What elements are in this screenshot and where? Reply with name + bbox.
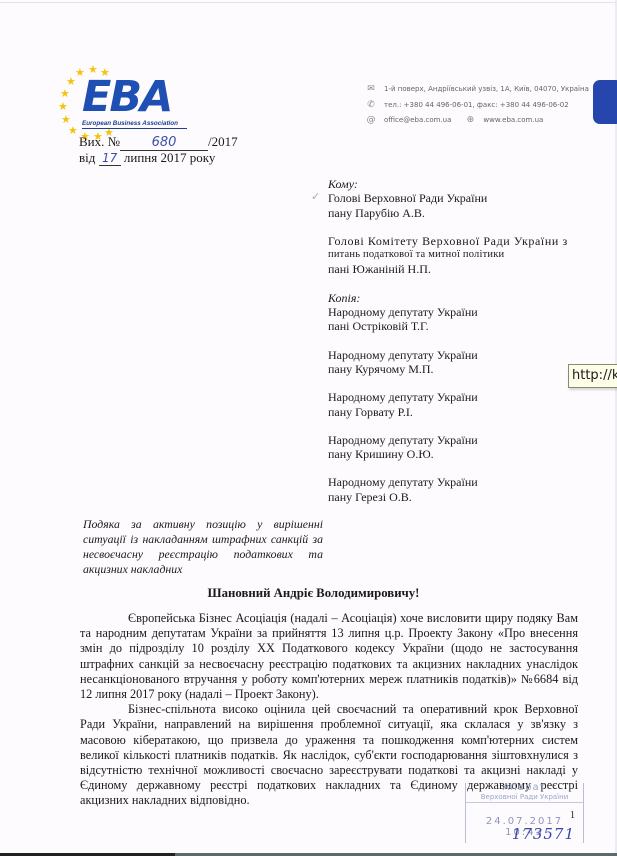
star-icon: ★	[60, 89, 70, 100]
contact-block: ✉ 1-й поверх, Андріївський узвіз, 1А, Ки…	[366, 82, 589, 129]
at-icon: @	[366, 113, 376, 129]
address-text: 1-й поверх, Андріївський узвіз, 1А, Київ…	[384, 82, 589, 98]
date-day: 17	[99, 151, 121, 166]
recipient: Голові Верховної Ради України пану Паруб…	[328, 191, 568, 220]
star-icon: ★	[58, 102, 68, 113]
copy-recipient: Народному депутату України пану Герезі О…	[328, 475, 568, 504]
outgoing-number: 680	[120, 136, 208, 151]
copy-recipient: Народному депутату України пану Горвату …	[328, 390, 568, 419]
recipient-position: Народному депутату України	[328, 433, 568, 447]
recipient-name: пану Парубію А.В.	[328, 206, 568, 220]
page-number: 1	[570, 810, 575, 821]
brand-tab	[593, 80, 617, 124]
recipient-name: пану Курячому М.П.	[328, 362, 568, 376]
recipient-position: Народному депутату України	[328, 390, 568, 404]
body-paragraph: Європейська Бізнес Асоціація (надалі – А…	[80, 611, 578, 702]
stamp-title: Апарат	[466, 783, 583, 793]
logo-tagline: European Business Association	[82, 120, 187, 129]
recipient-position: Народному депутату України	[328, 348, 568, 362]
registration-number: 173571	[512, 825, 575, 843]
checkmark-icon: ✓	[311, 190, 320, 203]
letter-subject: Подяка за активну позицію у вирішенні си…	[83, 517, 323, 577]
phone-icon: ✆	[366, 98, 376, 114]
star-icon: ★	[66, 77, 76, 88]
address-row: ✉ 1-й поверх, Андріївський узвіз, 1А, Ки…	[366, 82, 589, 98]
globe-icon: ⊕	[465, 113, 475, 129]
date-prefix: від	[79, 150, 95, 165]
eba-logo: ★ ★ ★ ★ ★ ★ ★ ★ ★ ★ ★ EBA European Busin…	[52, 62, 192, 144]
copy-recipient: Народному депутату України пану Курячому…	[328, 348, 568, 377]
recipient-position: Народному депутату України	[328, 305, 568, 319]
registration-stamp: Апарат Верховної Ради України 24.07.2017…	[465, 783, 584, 843]
outgoing-reference: Вих. №680/2017 від 17 липня 2017 року	[79, 135, 238, 166]
to-label: Кому:	[328, 177, 568, 191]
recipient-committee: питань податкової та митної політики	[328, 248, 568, 262]
copy-recipient: Народному депутату України пану Кришину …	[328, 433, 568, 462]
date-suffix: липня 2017 року	[124, 150, 215, 165]
web-link[interactable]: www.eba.com.ua	[483, 113, 543, 129]
outgoing-number-line: Вих. №680/2017	[79, 135, 238, 151]
envelope-icon: ✉	[366, 82, 376, 98]
recipient-name: пані Остріковій Т.Г.	[328, 319, 568, 333]
copy-label: Копія:	[328, 291, 568, 305]
letter-body: Європейська Бізнес Асоціація (надалі – А…	[80, 611, 578, 809]
outgoing-suffix: /2017	[208, 134, 238, 149]
star-icon: ★	[68, 126, 78, 137]
email-web-row: @ office@eba.com.ua ⊕ www.eba.com.ua	[366, 113, 589, 129]
email-link[interactable]: office@eba.com.ua	[384, 113, 451, 129]
recipient-position: Голові Верховної Ради України	[328, 191, 568, 205]
addressee-block: Кому: Голові Верховної Ради України пану…	[328, 177, 568, 518]
recipient-name: пану Герезі О.В.	[328, 490, 568, 504]
recipient: Голові Комітету Верховної Ради України з…	[328, 234, 568, 277]
page-top-edge	[0, 2, 617, 3]
outgoing-date-line: від 17 липня 2017 року	[79, 151, 238, 166]
recipient-position: Народному депутату України	[328, 475, 568, 489]
recipient-position: Голові Комітету Верховної Ради України з	[328, 234, 568, 248]
copy-recipient: Народному депутату України пані Остріков…	[328, 305, 568, 334]
outgoing-prefix: Вих. №	[79, 134, 120, 149]
salutation: Шановний Андріє Володимировичу!	[0, 586, 617, 601]
url-tooltip: http://k	[568, 364, 617, 388]
recipient-name: пані Южаніній Н.П.	[328, 262, 568, 276]
stamp-subtitle: Верховної Ради України	[466, 793, 583, 803]
recipient-name: пану Горвату Р.І.	[328, 405, 568, 419]
recipient-name: пану Кришину О.Ю.	[328, 447, 568, 461]
phone-text: тел.: +380 44 496-06-01, факс: +380 44 4…	[384, 98, 569, 114]
logo-letters: EBA	[82, 77, 171, 117]
phone-row: ✆ тел.: +380 44 496-06-01, факс: +380 44…	[366, 98, 589, 114]
